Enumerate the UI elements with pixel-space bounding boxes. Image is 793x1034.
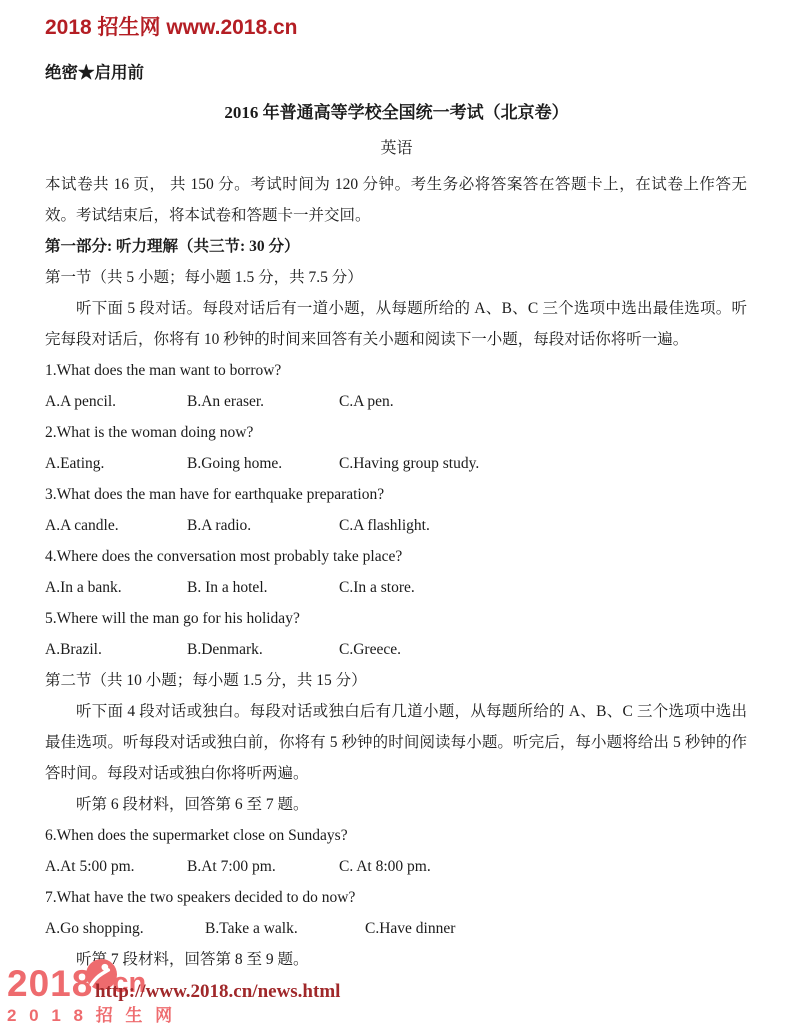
option-b: B.Take a walk. xyxy=(205,913,365,944)
page-title: 2016 年普通高等学校全国统一考试（北京卷） xyxy=(0,101,793,125)
option-a: A.A pencil. xyxy=(45,386,187,417)
question-block-5: 5.Where will the man go for his holiday?… xyxy=(45,603,747,665)
question-text: 4.Where does the conversation most proba… xyxy=(45,541,747,572)
question-block-1: 1.What does the man want to borrow? A.A … xyxy=(45,355,747,417)
question-text: 6.When does the supermarket close on Sun… xyxy=(45,820,747,851)
site-name-text: 2 0 1 8 招 生 网 xyxy=(7,1001,176,1026)
option-c: C.Greece. xyxy=(339,634,401,665)
question-block-3: 3.What does the man have for earthquake … xyxy=(45,479,747,541)
logo-row: 2018cn http://www.2018.cn/news.html xyxy=(7,959,176,1001)
option-c: C.Have dinner xyxy=(365,913,455,944)
option-b: B.At 7:00 pm. xyxy=(187,851,339,882)
question-text: 3.What does the man have for earthquake … xyxy=(45,479,747,510)
option-c: C.A flashlight. xyxy=(339,510,430,541)
option-a: A.At 5:00 pm. xyxy=(45,851,187,882)
option-c: C.Having group study. xyxy=(339,448,479,479)
option-b: B.Going home. xyxy=(187,448,339,479)
option-row: A.In a bank.B. In a hotel.C.In a store. xyxy=(45,572,747,603)
option-b: B.Denmark. xyxy=(187,634,339,665)
classification-label: 绝密★启用前 xyxy=(45,62,793,84)
news-link[interactable]: http://www.2018.cn/news.html xyxy=(95,981,340,1003)
section1-heading: 第一节（共 5 小题；每小题 1.5 分，共 7.5 分） xyxy=(45,262,747,293)
option-a: A.Go shopping. xyxy=(45,913,205,944)
option-c: C. At 8:00 pm. xyxy=(339,851,431,882)
exam-instructions: 本试卷共 16 页， 共 150 分。考试时间为 120 分钟。考生务必将答案答… xyxy=(45,169,747,231)
question-text: 1.What does the man want to borrow? xyxy=(45,355,747,386)
option-a: A.In a bank. xyxy=(45,572,187,603)
site-footer-logo: 2018cn http://www.2018.cn/news.html 2 0 … xyxy=(7,959,176,1026)
question-text: 7.What have the two speakers decided to … xyxy=(45,882,747,913)
exam-content: 本试卷共 16 页， 共 150 分。考试时间为 120 分钟。考生务必将答案答… xyxy=(45,169,747,975)
option-c: C.A pen. xyxy=(339,386,394,417)
option-b: B.An eraser. xyxy=(187,386,339,417)
question-block-4: 4.Where does the conversation most proba… xyxy=(45,541,747,603)
option-row: A.Brazil.B.Denmark.C.Greece. xyxy=(45,634,747,665)
option-b: B.A radio. xyxy=(187,510,339,541)
option-b: B. In a hotel. xyxy=(187,572,339,603)
option-row: A.Eating.B.Going home.C.Having group stu… xyxy=(45,448,747,479)
part1-heading: 第一部分: 听力理解（共三节: 30 分） xyxy=(45,231,747,262)
option-a: A.A candle. xyxy=(45,510,187,541)
option-a: A.Eating. xyxy=(45,448,187,479)
subject-title: 英语 xyxy=(0,138,793,160)
section2-heading: 第二节（共 10 小题；每小题 1.5 分，共 15 分） xyxy=(45,665,747,696)
logo-2018-text: 2018 xyxy=(7,963,93,1004)
question-block-6: 6.When does the supermarket close on Sun… xyxy=(45,820,747,882)
section2-instructions: 听下面 4 段对话或独白。每段对话或独白后有几道小题，从每题所给的 A、B、C … xyxy=(45,696,747,789)
section1-instructions: 听下面 5 段对话。每段对话后有一道小题，从每题所给的 A、B、C 三个选项中选… xyxy=(45,293,747,355)
option-c: C.In a store. xyxy=(339,572,415,603)
question-text: 5.Where will the man go for his holiday? xyxy=(45,603,747,634)
option-row: A.A candle.B.A radio.C.A flashlight. xyxy=(45,510,747,541)
material6-note: 听第 6 段材料，回答第 6 至 7 题。 xyxy=(45,789,747,820)
question-block-2: 2.What is the woman doing now? A.Eating.… xyxy=(45,417,747,479)
option-row: A.A pencil.B.An eraser.C.A pen. xyxy=(45,386,747,417)
option-row: A.Go shopping.B.Take a walk.C.Have dinne… xyxy=(45,913,747,944)
question-block-7: 7.What have the two speakers decided to … xyxy=(45,882,747,944)
option-row: A.At 5:00 pm.B.At 7:00 pm.C. At 8:00 pm. xyxy=(45,851,747,882)
site-watermark: 2018 招生网 www.2018.cn xyxy=(45,0,793,42)
question-text: 2.What is the woman doing now? xyxy=(45,417,747,448)
exam-paper-page: 2018 招生网 www.2018.cn 绝密★启用前 2016 年普通高等学校… xyxy=(0,0,793,1034)
option-a: A.Brazil. xyxy=(45,634,187,665)
